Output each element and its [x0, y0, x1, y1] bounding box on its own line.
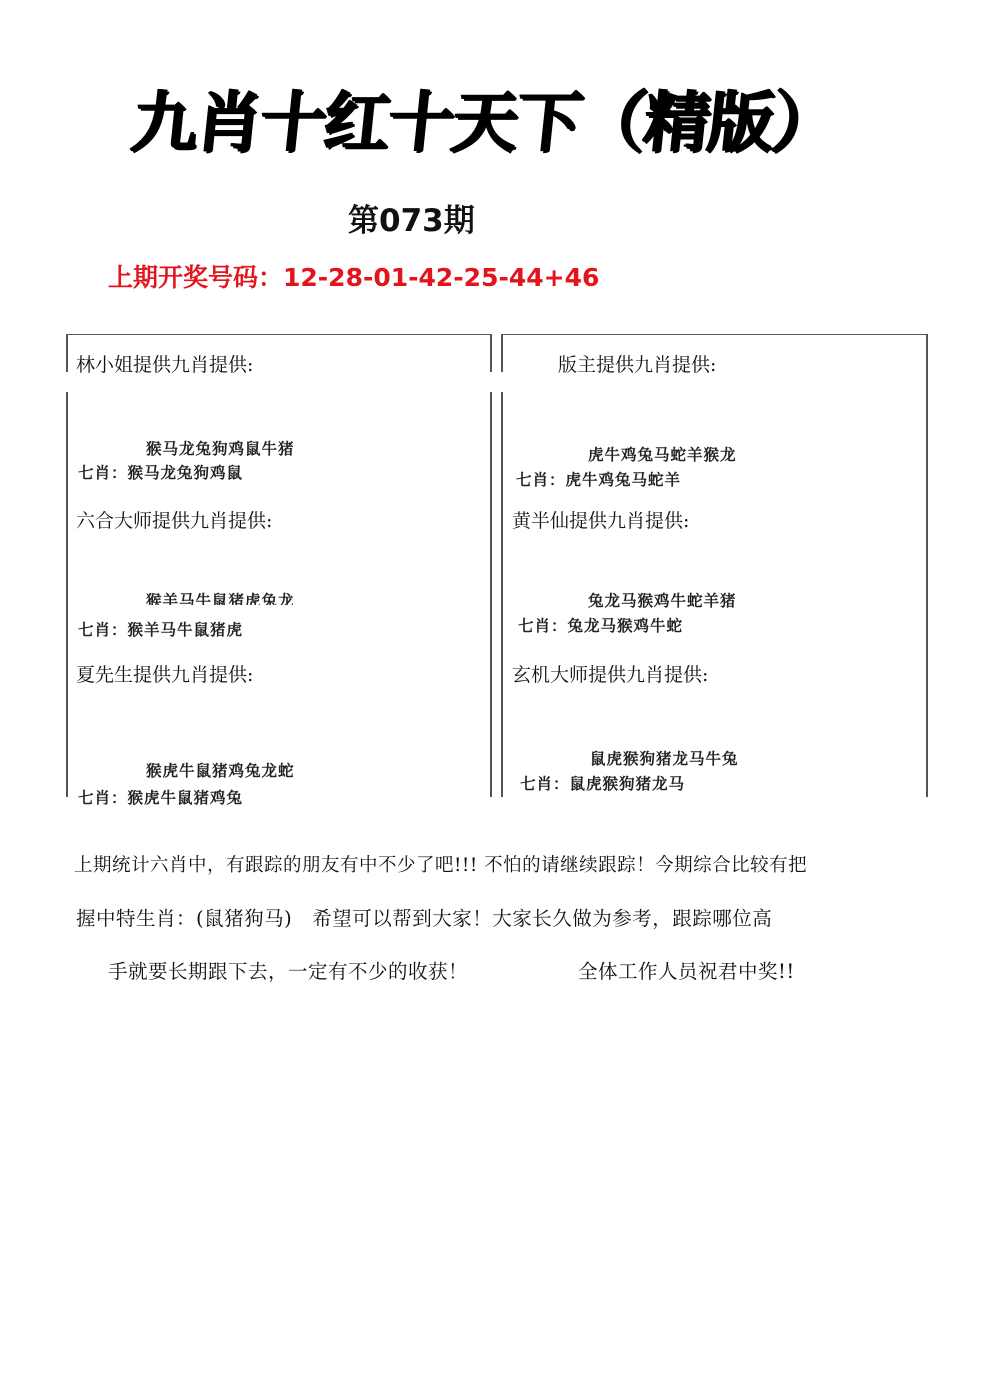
provider-heading: 玄机大师提供九肖提供: — [512, 660, 708, 687]
last-draw-results: 上期开奖号码：12-28-01-42-25-44+46 — [108, 258, 599, 294]
nine-zodiac-list: 虎牛鸡兔马蛇羊猴龙 — [588, 443, 737, 465]
last-draw-numbers: 12-28-01-42-25-44+46 — [283, 263, 599, 292]
seven-zodiac-list: 虎牛鸡兔马蛇羊 — [566, 470, 682, 489]
left-panel-frame — [66, 334, 490, 335]
seven-zodiac-row: 七肖：虎牛鸡兔马蛇羊 — [516, 468, 681, 490]
right-panel-left-border — [501, 334, 503, 372]
nine-zodiac-list: 鼠虎猴狗猪龙马牛兔 — [590, 747, 739, 769]
right-panel-left-border — [501, 392, 503, 797]
seven-zodiac-label: 七肖： — [516, 470, 566, 489]
nine-zodiac-list: 兔龙马猴鸡牛蛇羊猪 — [588, 589, 737, 611]
summary-line-2: 握中特生肖：(鼠猪狗马) 希望可以帮到大家！大家长久做为参考，跟踪哪位高 — [76, 903, 772, 931]
seven-zodiac-label: 七肖： — [78, 463, 128, 482]
summary-line-1: 上期统计六肖中，有跟踪的朋友有中不少了吧!!! 不怕的请继续跟踪！今期综合比较有… — [74, 851, 807, 877]
issue-number: 第073期 — [348, 195, 475, 240]
seven-zodiac-list: 兔龙马猴鸡牛蛇 — [568, 616, 684, 635]
seven-zodiac-row: 七肖：鼠虎猴狗猪龙马 — [520, 772, 685, 794]
seven-zodiac-row: 七肖：兔龙马猴鸡牛蛇 — [518, 614, 683, 636]
provider-heading: 六合大师提供九肖提供: — [76, 506, 272, 533]
nine-zodiac-list: 猴虎牛鼠猪鸡兔龙蛇 — [146, 759, 295, 781]
provider-heading: 林小姐提供九肖提供: — [76, 350, 253, 377]
seven-zodiac-list: 猴虎牛鼠猪鸡兔 — [128, 788, 244, 807]
right-panel-right-border — [926, 334, 928, 797]
seven-zodiac-label: 七肖： — [520, 774, 570, 793]
seven-zodiac-list: 鼠虎猴狗猪龙马 — [570, 774, 686, 793]
seven-zodiac-row: 七肖：猴虎牛鼠猪鸡兔 — [78, 786, 243, 808]
seven-zodiac-list: 猴羊马牛鼠猪虎 — [128, 620, 244, 639]
last-draw-label: 上期开奖号码： — [108, 263, 283, 292]
left-panel-left-border — [66, 334, 68, 372]
provider-heading: 黄半仙提供九肖提供: — [512, 506, 689, 533]
seven-zodiac-row: 七肖：猴羊马牛鼠猪虎 — [78, 618, 243, 640]
left-panel-right-border — [490, 334, 492, 372]
right-panel-frame — [501, 334, 926, 335]
provider-heading: 版主提供九肖提供: — [558, 350, 716, 377]
nine-zodiac-list: 猴马龙兔狗鸡鼠牛猪 — [146, 437, 295, 459]
banner-title: 九肖十红十天下（精版） — [127, 78, 826, 168]
provider-heading: 夏先生提供九肖提供: — [76, 660, 253, 687]
closing-wish: 全体工作人员祝君中奖!! — [578, 956, 795, 984]
seven-zodiac-list: 猴马龙兔狗鸡鼠 — [128, 463, 244, 482]
left-panel-right-border — [490, 392, 492, 797]
nine-zodiac-list: 猴羊马牛鼠猪虎兔龙 — [146, 592, 295, 605]
seven-zodiac-label: 七肖： — [78, 788, 128, 807]
left-panel-left-border — [66, 392, 68, 797]
seven-zodiac-label: 七肖： — [78, 620, 128, 639]
seven-zodiac-label: 七肖： — [518, 616, 568, 635]
seven-zodiac-row: 七肖：猴马龙兔狗鸡鼠 — [78, 461, 243, 483]
summary-line-3: 手就要长期跟下去，一定有不少的收获！ — [108, 956, 468, 984]
